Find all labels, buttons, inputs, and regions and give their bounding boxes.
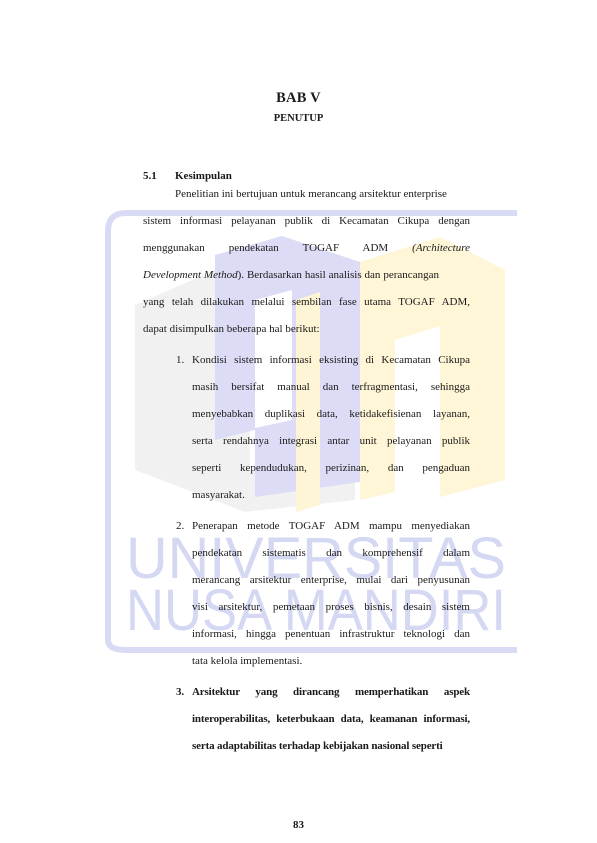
word: pendekatan [229, 242, 279, 254]
list-line: informasi, hingga penentuan infrastruktu… [192, 627, 470, 641]
list-line: merancang arsitektur enterprise, mulai d… [192, 573, 470, 587]
italic-term: (Architecture [412, 242, 470, 254]
list-line: seperti kependudukan, perizinan, dan pen… [192, 461, 470, 475]
paragraph-line: yang telah dilakukan melalui sembilan fa… [143, 295, 470, 309]
word: ADM [363, 242, 389, 254]
list-line: masyarakat. [192, 488, 470, 502]
list-line: serta rendahnya integrasi antar unit pel… [192, 434, 470, 448]
word: TOGAF [303, 242, 339, 254]
chapter-title: PENUTUP [0, 113, 597, 124]
list-line: masih bersifat manual dan terfragmentasi… [192, 380, 470, 394]
list-line: Arsitektur yang dirancang memperhatikan … [192, 685, 470, 699]
text-span: ). Berdasarkan hasil analisis dan peranc… [238, 269, 439, 281]
page-number: 83 [0, 819, 597, 831]
list-number: 3. [176, 685, 190, 699]
list-line: menyebabkan duplikasi data, ketidakefisi… [192, 407, 470, 421]
paragraph-line: Penelitian ini bertujuan untuk merancang… [175, 187, 470, 201]
list-line: pendekatan sistematis dan komprehensif d… [192, 546, 470, 560]
paragraph-line: menggunakan pendekatan TOGAF ADM (Archit… [143, 241, 470, 255]
list-line: interoperabilitas, keterbukaan data, kea… [192, 712, 470, 726]
paragraph-line: sistem informasi pelayanan publik di Kec… [143, 214, 470, 228]
chapter-number: BAB V [0, 90, 597, 107]
list-line: tata kelola implementasi. [192, 654, 470, 668]
list-line: Penerapan metode TOGAF ADM mampu menyedi… [192, 519, 470, 533]
list-number: 1. [176, 353, 190, 367]
list-line: serta adaptabilitas terhadap kebijakan n… [192, 739, 470, 753]
paragraph-line: Development Method). Berdasarkan hasil a… [143, 268, 470, 282]
list-number: 2. [176, 519, 190, 533]
italic-term: Development Method [143, 269, 238, 281]
list-line: Kondisi sistem informasi eksisting di Ke… [192, 353, 470, 367]
word: menggunakan [143, 242, 205, 254]
document-page: BAB V PENUTUP 5.1 Kesimpulan Penelitian … [0, 0, 597, 843]
section-number: 5.1 [143, 170, 157, 182]
paragraph-line: dapat disimpulkan beberapa hal berikut: [143, 322, 470, 336]
list-line: visi arsitektur, pemetaan proses bisnis,… [192, 600, 470, 614]
section-title: Kesimpulan [175, 170, 232, 182]
